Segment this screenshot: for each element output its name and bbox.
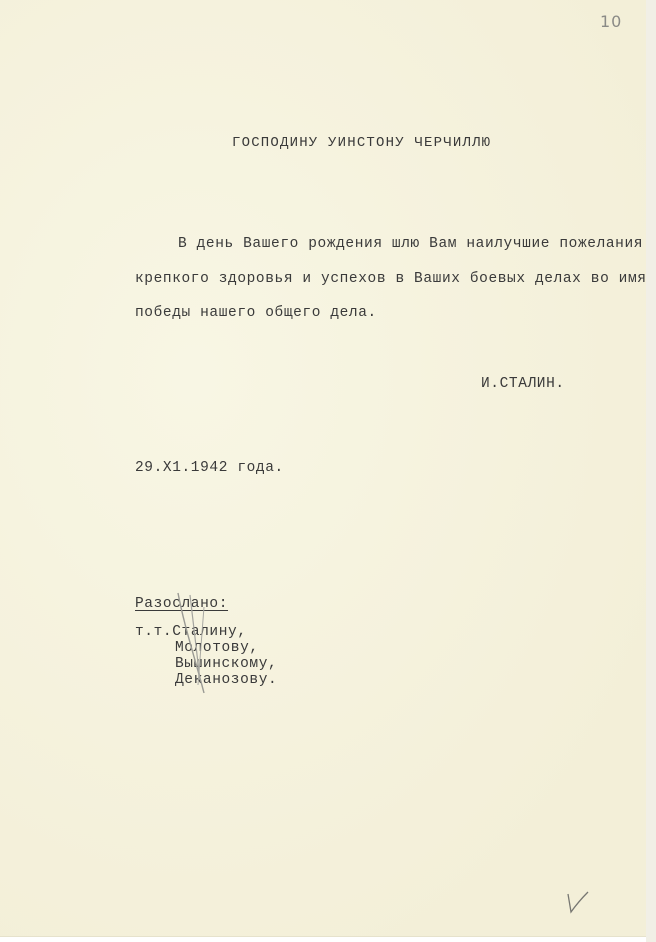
document-date: 29.Х1.1942 года. — [135, 460, 284, 476]
page-number: 10 — [600, 12, 622, 31]
document-page: 10 ГОСПОДИНУ УИНСТОНУ ЧЕРЧИЛЛЮ В день Ва… — [0, 0, 647, 937]
body-line-1: В день Вашего рождения шлю Вам наилучшие… — [178, 236, 643, 252]
signature: И.СТАЛИН. — [481, 376, 565, 392]
addressee-heading: ГОСПОДИНУ УИНСТОНУ ЧЕРЧИЛЛЮ — [232, 135, 491, 151]
handwritten-slash-mark-icon — [160, 585, 230, 700]
body-line-3: победы нашего общего дела. — [135, 305, 377, 321]
handwritten-checkmark-icon — [565, 890, 591, 916]
body-line-2: крепкого здоровья и успехов в Ваших боев… — [135, 271, 647, 287]
scan-edge — [646, 0, 656, 942]
